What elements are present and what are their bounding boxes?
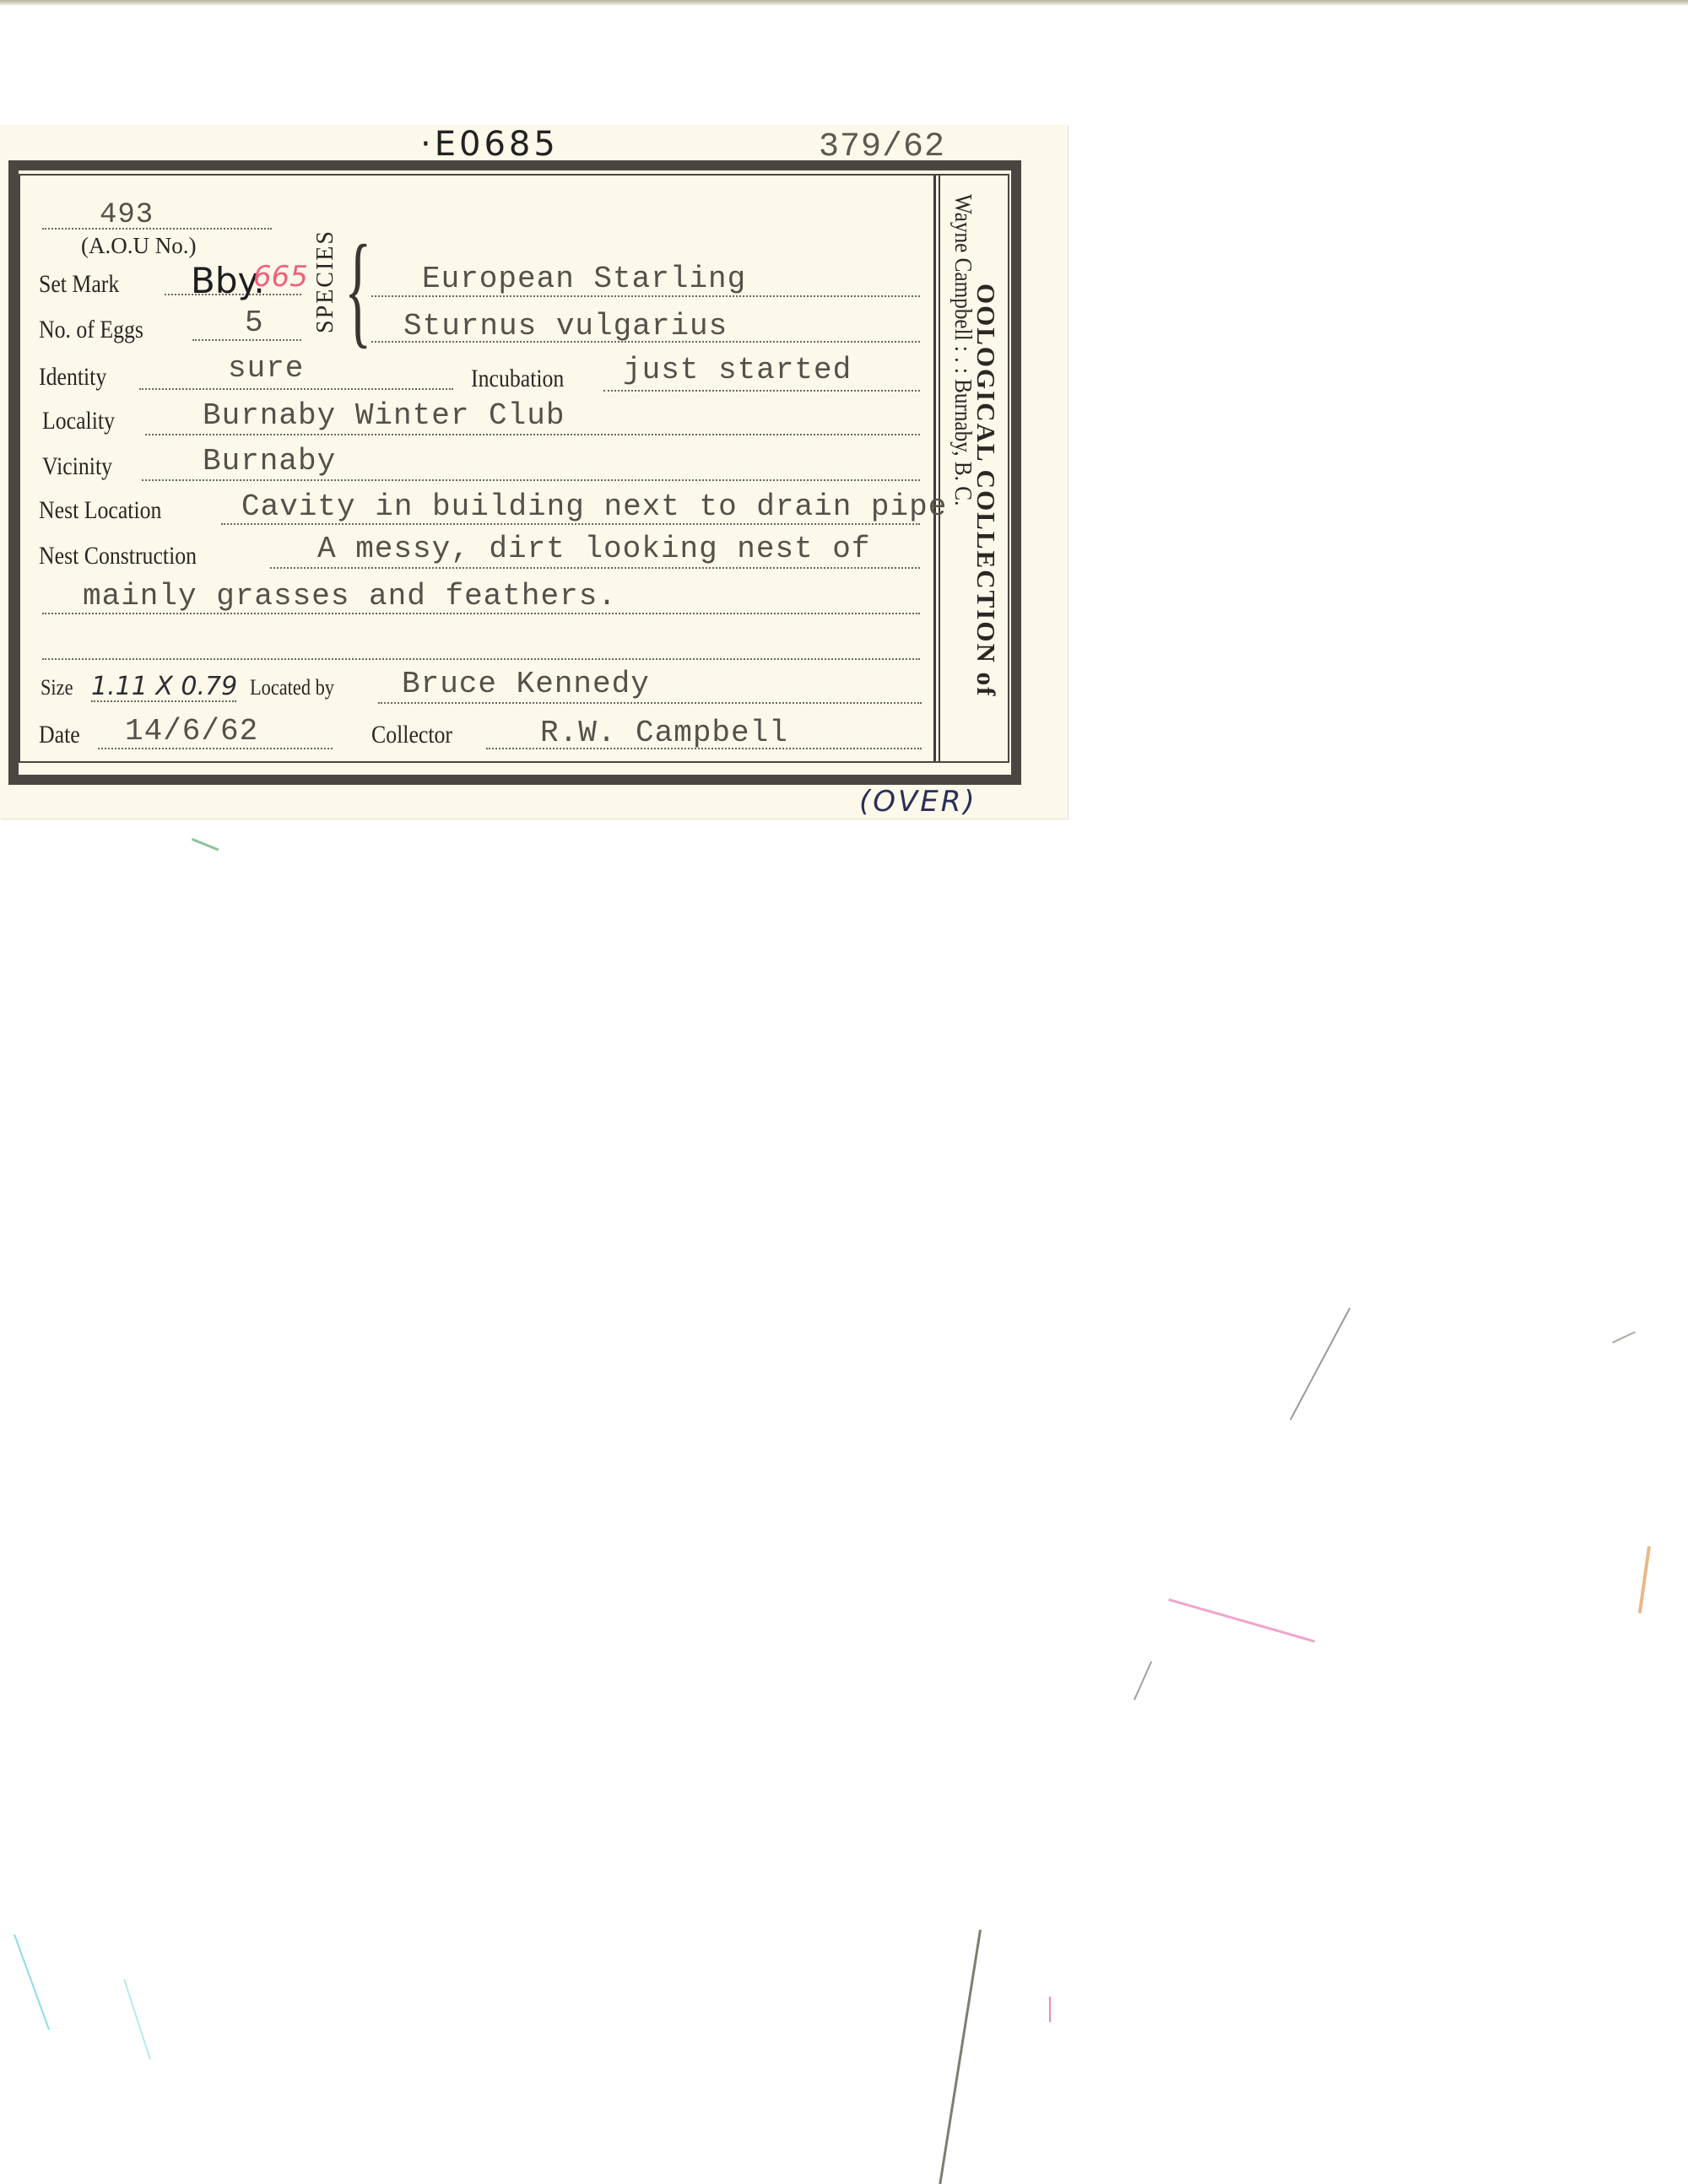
scan-artifact-line — [939, 1930, 982, 2184]
nest-construction-value-1: A messy, dirt looking nest of — [317, 532, 871, 566]
aou-number-value: 493 — [100, 199, 154, 231]
set-mark-annotation: 665 — [253, 260, 308, 294]
eggs-label: No. of Eggs — [39, 316, 143, 344]
scan-artifact-green — [192, 838, 219, 851]
locality-line — [145, 434, 920, 435]
incubation-line — [603, 390, 920, 392]
nest-location-label: Nest Location — [39, 496, 161, 525]
species-label: SPECIES — [312, 230, 339, 333]
scan-artifact-pink — [1049, 1997, 1051, 2022]
species-common-value: European Starling — [422, 262, 746, 296]
incubation-value: just started — [623, 353, 852, 387]
side-panel-rule — [933, 176, 936, 761]
located-by-line — [378, 702, 922, 704]
locality-label: Locality — [42, 407, 115, 435]
vicinity-value: Burnaby — [203, 444, 336, 478]
nest-construction-label: Nest Construction — [39, 542, 197, 570]
blank-line — [42, 658, 920, 660]
side-panel-rule-2 — [939, 176, 940, 761]
locality-value: Burnaby Winter Club — [203, 398, 565, 433]
scan-artifact-orange — [1638, 1546, 1651, 1614]
scan-artifact-line — [1612, 1331, 1636, 1343]
identity-line — [139, 388, 453, 390]
located-by-value: Bruce Kennedy — [402, 667, 650, 701]
identity-value: sure — [228, 351, 304, 386]
nest-location-value: Cavity in building next to drain pipe — [241, 489, 947, 524]
scan-artifact-cyan — [123, 1979, 151, 2060]
set-mark-label: Set Mark — [39, 270, 119, 299]
size-value: 1.11 X 0.79 — [91, 672, 237, 701]
scan-artifact-cyan — [14, 1934, 50, 2030]
collector-value: R.W. Campbell — [540, 716, 788, 750]
vicinity-label: Vicinity — [42, 452, 112, 481]
nest-construction-value-2: mainly grasses and feathers. — [83, 579, 617, 614]
date-label: Date — [39, 721, 80, 749]
species-brace: { — [344, 226, 371, 353]
date-value: 14/6/62 — [125, 714, 258, 749]
egg-record-card: ·E0685 379/62 493 (A.O.U No.) Set Mark B… — [0, 125, 1068, 819]
scan-artifact-pink — [1168, 1598, 1315, 1642]
side-panel-subtitle: Wayne Campbell : . : Burnaby, B. C. — [949, 194, 976, 505]
identity-label: Identity — [39, 363, 106, 392]
aou-number-line — [42, 228, 272, 230]
scan-artifact-line — [1133, 1661, 1152, 1700]
located-by-label: Located by — [250, 675, 334, 700]
over-note: (OVER) — [859, 785, 977, 819]
scan-artifact-line — [1290, 1308, 1350, 1420]
size-label: Size — [41, 675, 73, 700]
catalog-number: ·E0685 — [420, 125, 559, 164]
collector-label: Collector — [371, 721, 452, 749]
vicinity-line — [142, 479, 920, 481]
aou-number-label: (A.O.U No.) — [81, 233, 196, 259]
species-scientific-value: Sturnus vulgarius — [403, 309, 728, 343]
incubation-label: Incubation — [471, 365, 564, 393]
scan-edge-strip — [0, 0, 1688, 5]
nest-construction-line — [270, 567, 920, 569]
eggs-value: 5 — [245, 305, 264, 340]
